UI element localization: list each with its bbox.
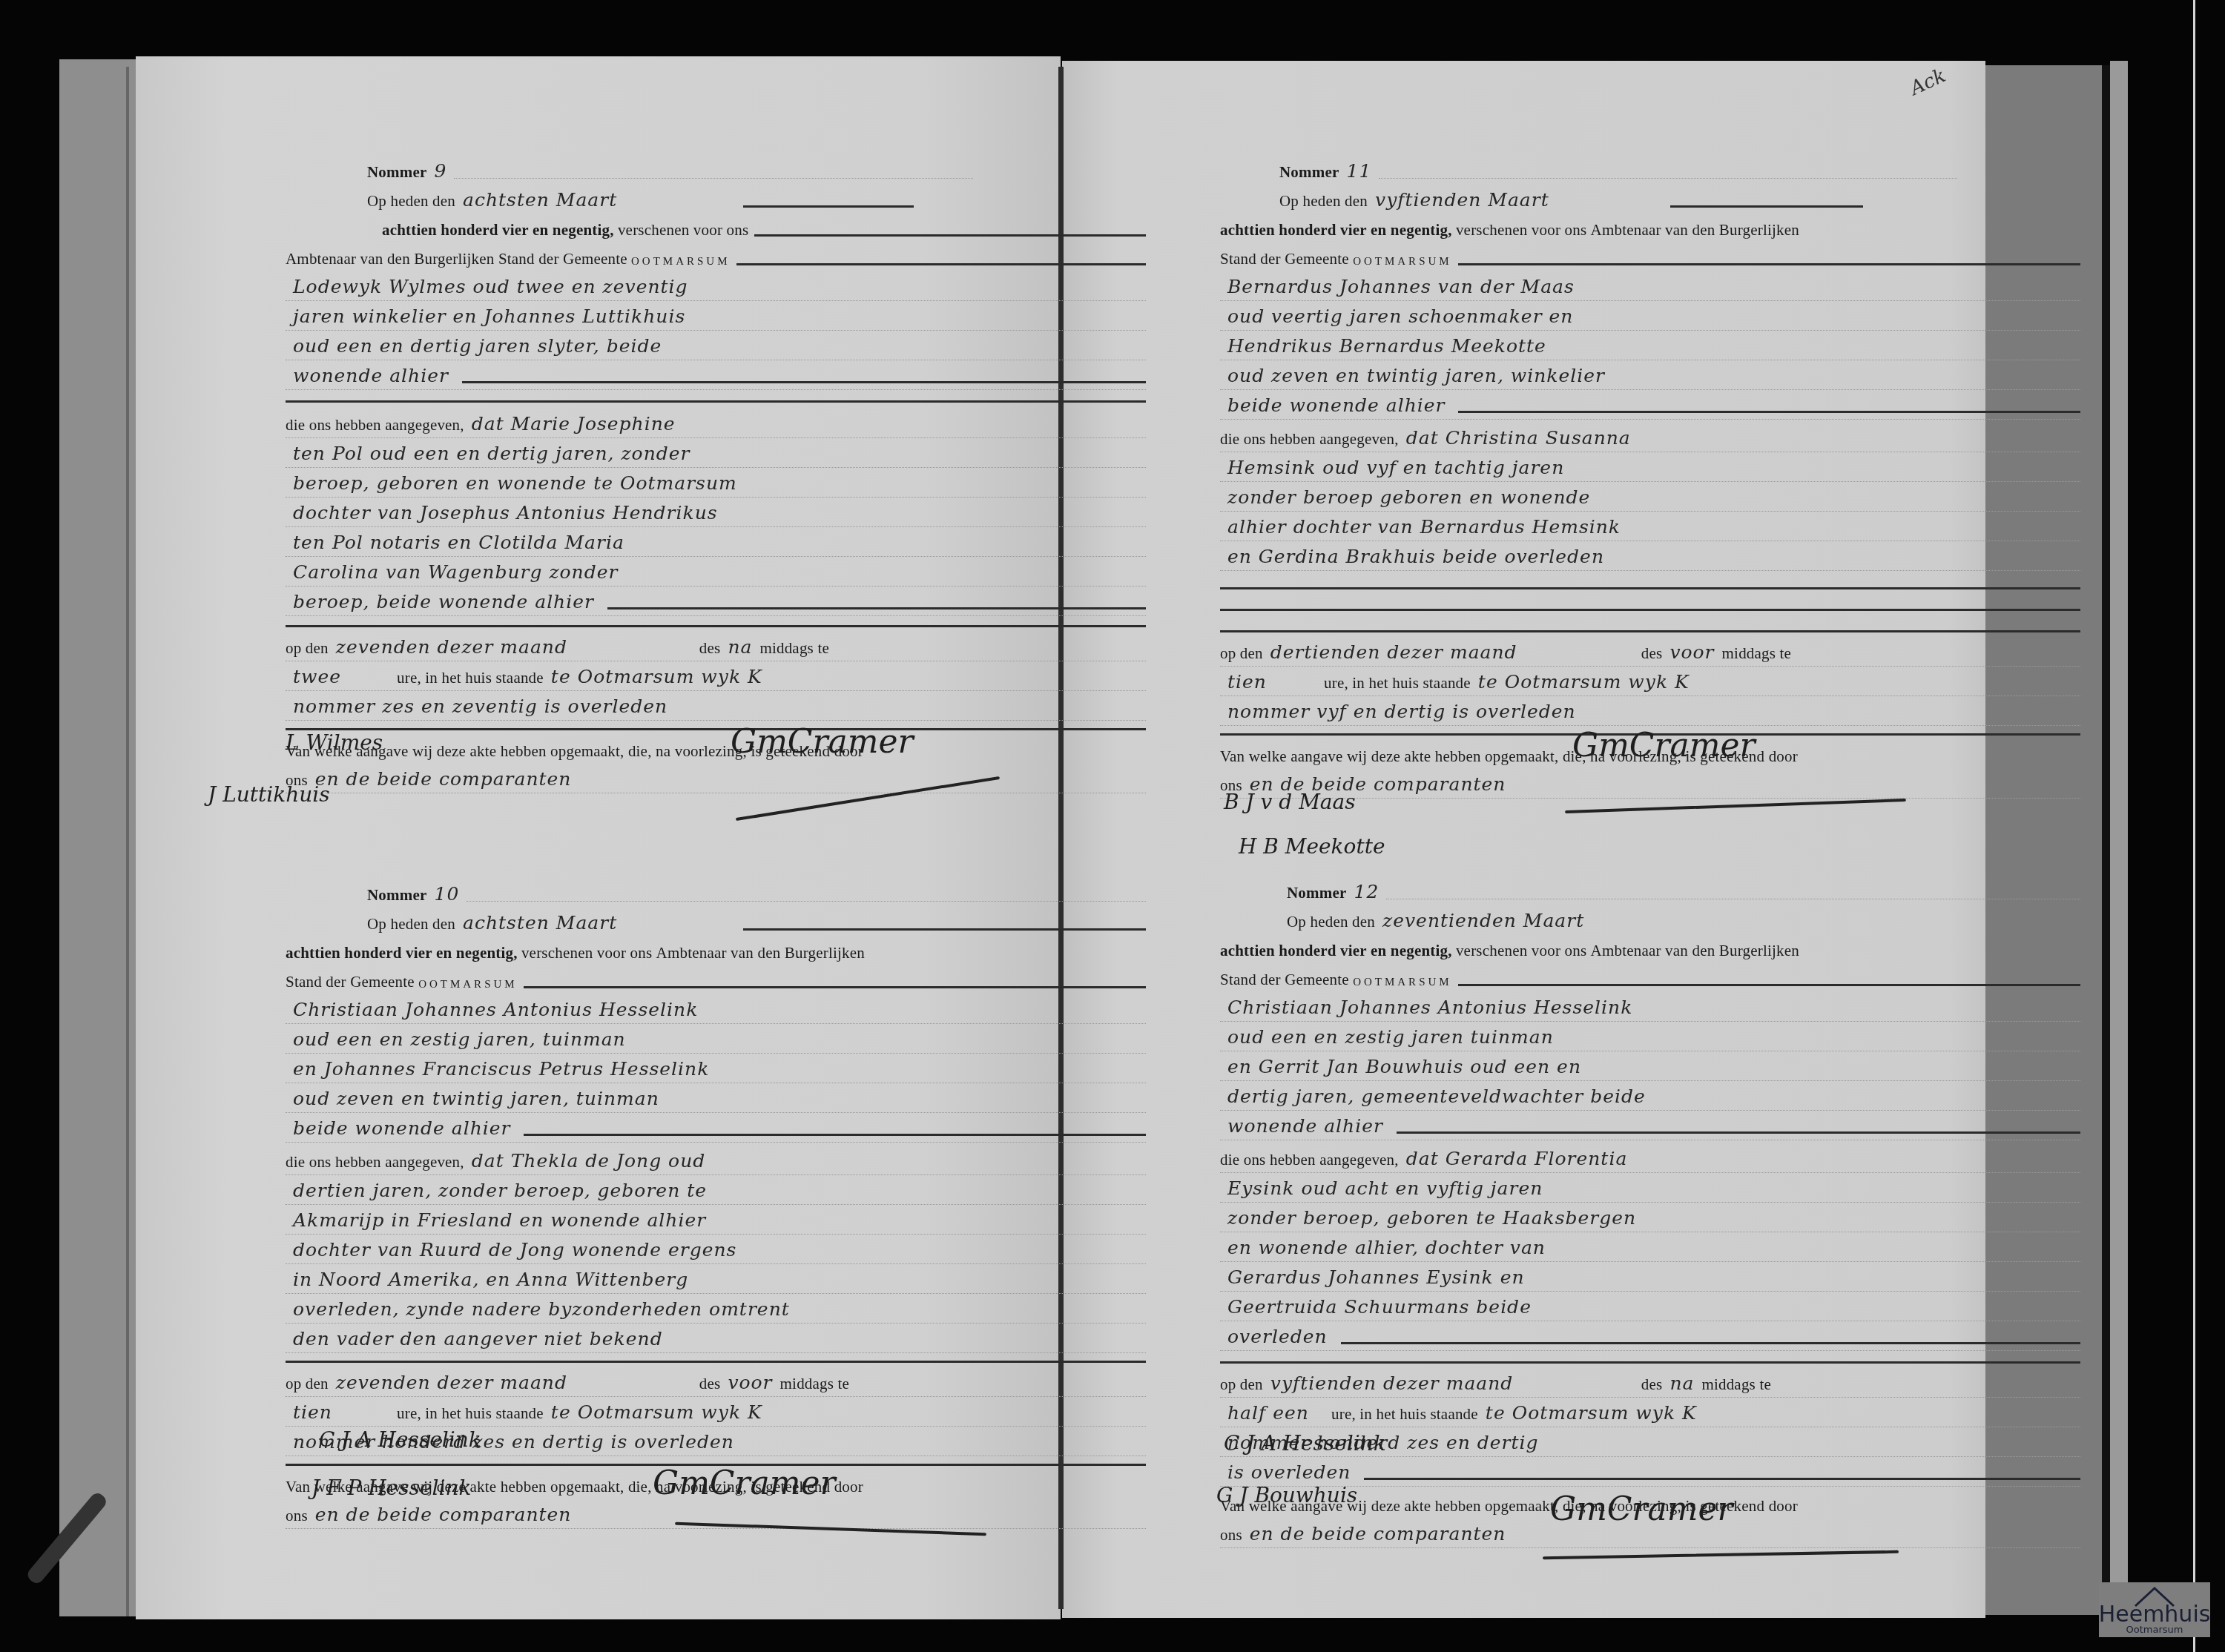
death-location: te Ootmarsum wyk K bbox=[544, 666, 1146, 690]
comparant-text: beide wonende alhier bbox=[1220, 394, 1452, 419]
comparant-text: en Johannes Franciscus Petrus Hesselink bbox=[286, 1058, 1146, 1083]
deed-date: zeventienden Maart bbox=[1375, 910, 1805, 934]
death-day: zevenden dezer maand bbox=[329, 1372, 699, 1396]
nommer-line: Nommer 9 bbox=[286, 156, 1146, 185]
witness-signature: J F P Hesselink bbox=[311, 1476, 471, 1500]
witness-signature: L Wilmes bbox=[286, 730, 383, 755]
death-hour: tien bbox=[1220, 671, 1324, 696]
house-roof-icon bbox=[2132, 1585, 2177, 1608]
deceased-text: zonder beroep geboren en wonende bbox=[1220, 486, 2080, 511]
comparant-text: oud zeven en twintig jaren, winkelier bbox=[1220, 365, 2080, 389]
death-location: te Ootmarsum wyk K bbox=[1471, 671, 2080, 696]
deceased-text: beroep, beide wonende alhier bbox=[286, 591, 601, 615]
deceased-text: dochter van Ruurd de Jong wonende ergens bbox=[286, 1239, 1146, 1263]
official-signature: GmCramer bbox=[1572, 727, 1756, 764]
right-cover-spine-line bbox=[2102, 65, 2110, 1600]
voor-na: voor bbox=[1662, 641, 1721, 666]
deceased-text: dat Christina Susanna bbox=[1399, 427, 2080, 452]
comparant-text: en Gerrit Jan Bouwhuis oud een en bbox=[1220, 1056, 2080, 1080]
witness-signature: J Luttikhuis bbox=[208, 782, 330, 807]
witness-signature: B J v d Maas bbox=[1224, 790, 1356, 814]
right-cover-edge bbox=[2110, 61, 2128, 1614]
deceased-text: dat Thekla de Jong oud bbox=[464, 1150, 1146, 1174]
nommer-label: Nommer bbox=[367, 163, 427, 185]
deceased-text: overleden, zynde nadere byzonderheden om… bbox=[286, 1298, 1146, 1323]
deceased-text: dochter van Josephus Antonius Hendrikus bbox=[286, 502, 1146, 526]
official-signature: GmCramer bbox=[731, 723, 914, 761]
deceased-text: Hemsink oud vyf en tachtig jaren bbox=[1220, 457, 2080, 481]
death-location: te Ootmarsum wyk K bbox=[1478, 1402, 2080, 1427]
witness-signature: H B Meekotte bbox=[1239, 834, 1385, 859]
death-hour: half een bbox=[1220, 1402, 1331, 1427]
nommer-value: 9 bbox=[427, 160, 455, 185]
deed-entry-9: Nommer 9 Op heden den achtsten Maart ach… bbox=[286, 156, 1146, 793]
deceased-text: Akmarijp in Friesland en wonende alhier bbox=[286, 1209, 1146, 1234]
deceased-text: Gerardus Johannes Eysink en bbox=[1220, 1266, 2080, 1291]
comparant-text: Lodewyk Wylmes oud twee en zeventig bbox=[286, 276, 1146, 300]
deceased-text: ten Pol oud een en dertig jaren, zonder bbox=[286, 443, 1146, 467]
signed-by: en de beide comparanten bbox=[308, 768, 1146, 793]
left-page-edge-line bbox=[126, 67, 129, 1616]
voor-na: voor bbox=[720, 1372, 779, 1396]
deceased-text: dertien jaren, zonder beroep, geboren te bbox=[286, 1180, 1146, 1204]
deceased-text: zonder beroep, geboren te Haaksbergen bbox=[1220, 1207, 2080, 1232]
comparant-text: Bernardus Johannes van der Maas bbox=[1220, 276, 2080, 300]
heemhuis-logo-watermark: Heemhuis Ootmarsum bbox=[2099, 1582, 2210, 1637]
voor-na: na bbox=[1662, 1372, 1701, 1397]
comparant-text: wonende alhier bbox=[286, 365, 456, 389]
comparant-text: Christiaan Johannes Antonius Hesselink bbox=[1220, 997, 2080, 1021]
comparant-text: Hendrikus Bernardus Meekotte bbox=[1220, 335, 2080, 360]
death-location-2: nommer vyf en dertig is overleden bbox=[1220, 701, 2080, 725]
deceased-text: beroep, geboren en wonende te Ootmarsum bbox=[286, 472, 1146, 497]
deceased-text: Geertruida Schuurmans beide bbox=[1220, 1296, 2080, 1321]
death-day: dertienden dezer maand bbox=[1263, 641, 1641, 666]
official-signature: GmCramer bbox=[653, 1464, 836, 1502]
comparant-text: oud veertig jaren schoenmaker en bbox=[1220, 305, 2080, 330]
nommer-value: 10 bbox=[427, 883, 467, 908]
comparant-text: oud een en zestig jaren, tuinman bbox=[286, 1028, 1146, 1053]
deceased-text: overleden bbox=[1220, 1326, 1335, 1350]
scanner-edge-line bbox=[2193, 0, 2195, 1652]
comparant-text: Christiaan Johannes Antonius Hesselink bbox=[286, 999, 1146, 1023]
logo-town: Ootmarsum bbox=[2126, 1625, 2183, 1636]
death-hour: tien bbox=[286, 1401, 397, 1426]
deed-entry-11: Nommer 11 Op heden den vyftienden Maart … bbox=[1220, 156, 2080, 799]
nommer-value: 11 bbox=[1339, 160, 1379, 185]
deceased-text: en Gerdina Brakhuis beide overleden bbox=[1220, 546, 2080, 570]
deed-date: achtsten Maart bbox=[455, 189, 737, 214]
comparant-text: wonende alhier bbox=[1220, 1115, 1391, 1140]
deceased-text: en wonende alhier, dochter van bbox=[1220, 1237, 2080, 1261]
comparant-text: oud een en zestig jaren tuinman bbox=[1220, 1026, 2080, 1051]
nommer-value: 12 bbox=[1347, 881, 1387, 905]
logo-brand: Heemhuis bbox=[2099, 1605, 2211, 1625]
deed-date: vyftienden Maart bbox=[1368, 189, 1664, 214]
comparant-text: oud een en dertig jaren slyter, beide bbox=[286, 335, 1146, 360]
year-line: achttien honderd vier en negentig, versc… bbox=[286, 214, 1146, 242]
ambtenaar-line: Ambtenaar van den Burgerlijken Stand der… bbox=[286, 242, 1146, 271]
comparant-text: jaren winkelier en Johannes Luttikhuis bbox=[286, 305, 1146, 330]
witness-signature: C J A Hesselink bbox=[1224, 1431, 1386, 1456]
voor-na: na bbox=[720, 636, 759, 661]
scanned-register-spread: Ack Nommer 9 Op heden den achtsten Maart… bbox=[0, 0, 2225, 1652]
nommer-label: Nommer bbox=[1287, 884, 1347, 905]
deceased-text: ten Pol notaris en Clotilda Maria bbox=[286, 532, 1146, 556]
death-day: zevenden dezer maand bbox=[329, 636, 699, 661]
deceased-text: in Noord Amerika, en Anna Wittenberg bbox=[286, 1269, 1146, 1293]
death-location-2: nommer zes en zeventig is overleden bbox=[286, 696, 1146, 720]
date-line: Op heden den achtsten Maart bbox=[286, 185, 1146, 214]
nommer-label: Nommer bbox=[1279, 163, 1339, 185]
comparant-text: beide wonende alhier bbox=[286, 1117, 518, 1142]
deceased-text: dat Gerarda Florentia bbox=[1399, 1148, 2080, 1172]
official-signature: GmCramer bbox=[1550, 1490, 1733, 1528]
comparant-text: dertig jaren, gemeenteveldwachter beide bbox=[1220, 1086, 2080, 1110]
death-day: vyftienden dezer maand bbox=[1263, 1372, 1641, 1397]
deceased-text: alhier dochter van Bernardus Hemsink bbox=[1220, 516, 2080, 541]
comparant-text: oud zeven en twintig jaren, tuinman bbox=[286, 1088, 1146, 1112]
deceased-text: den vader den aangever niet bekend bbox=[286, 1328, 1146, 1352]
deceased-text: Eysink oud acht en vyftig jaren bbox=[1220, 1177, 2080, 1202]
witness-signature: C J A Hesselink bbox=[319, 1427, 481, 1452]
death-location: te Ootmarsum wyk K bbox=[544, 1401, 1146, 1426]
signed-by: en de beide comparanten bbox=[1242, 773, 2080, 798]
witness-signature: G J Bouwhuis bbox=[1216, 1483, 1357, 1507]
deceased-text: Carolina van Wagenburg zonder bbox=[286, 561, 1146, 586]
deceased-text: dat Marie Josephine bbox=[464, 413, 1146, 437]
deed-date: achtsten Maart bbox=[455, 912, 737, 936]
death-hour: twee bbox=[286, 666, 397, 690]
nommer-label: Nommer bbox=[367, 886, 427, 908]
